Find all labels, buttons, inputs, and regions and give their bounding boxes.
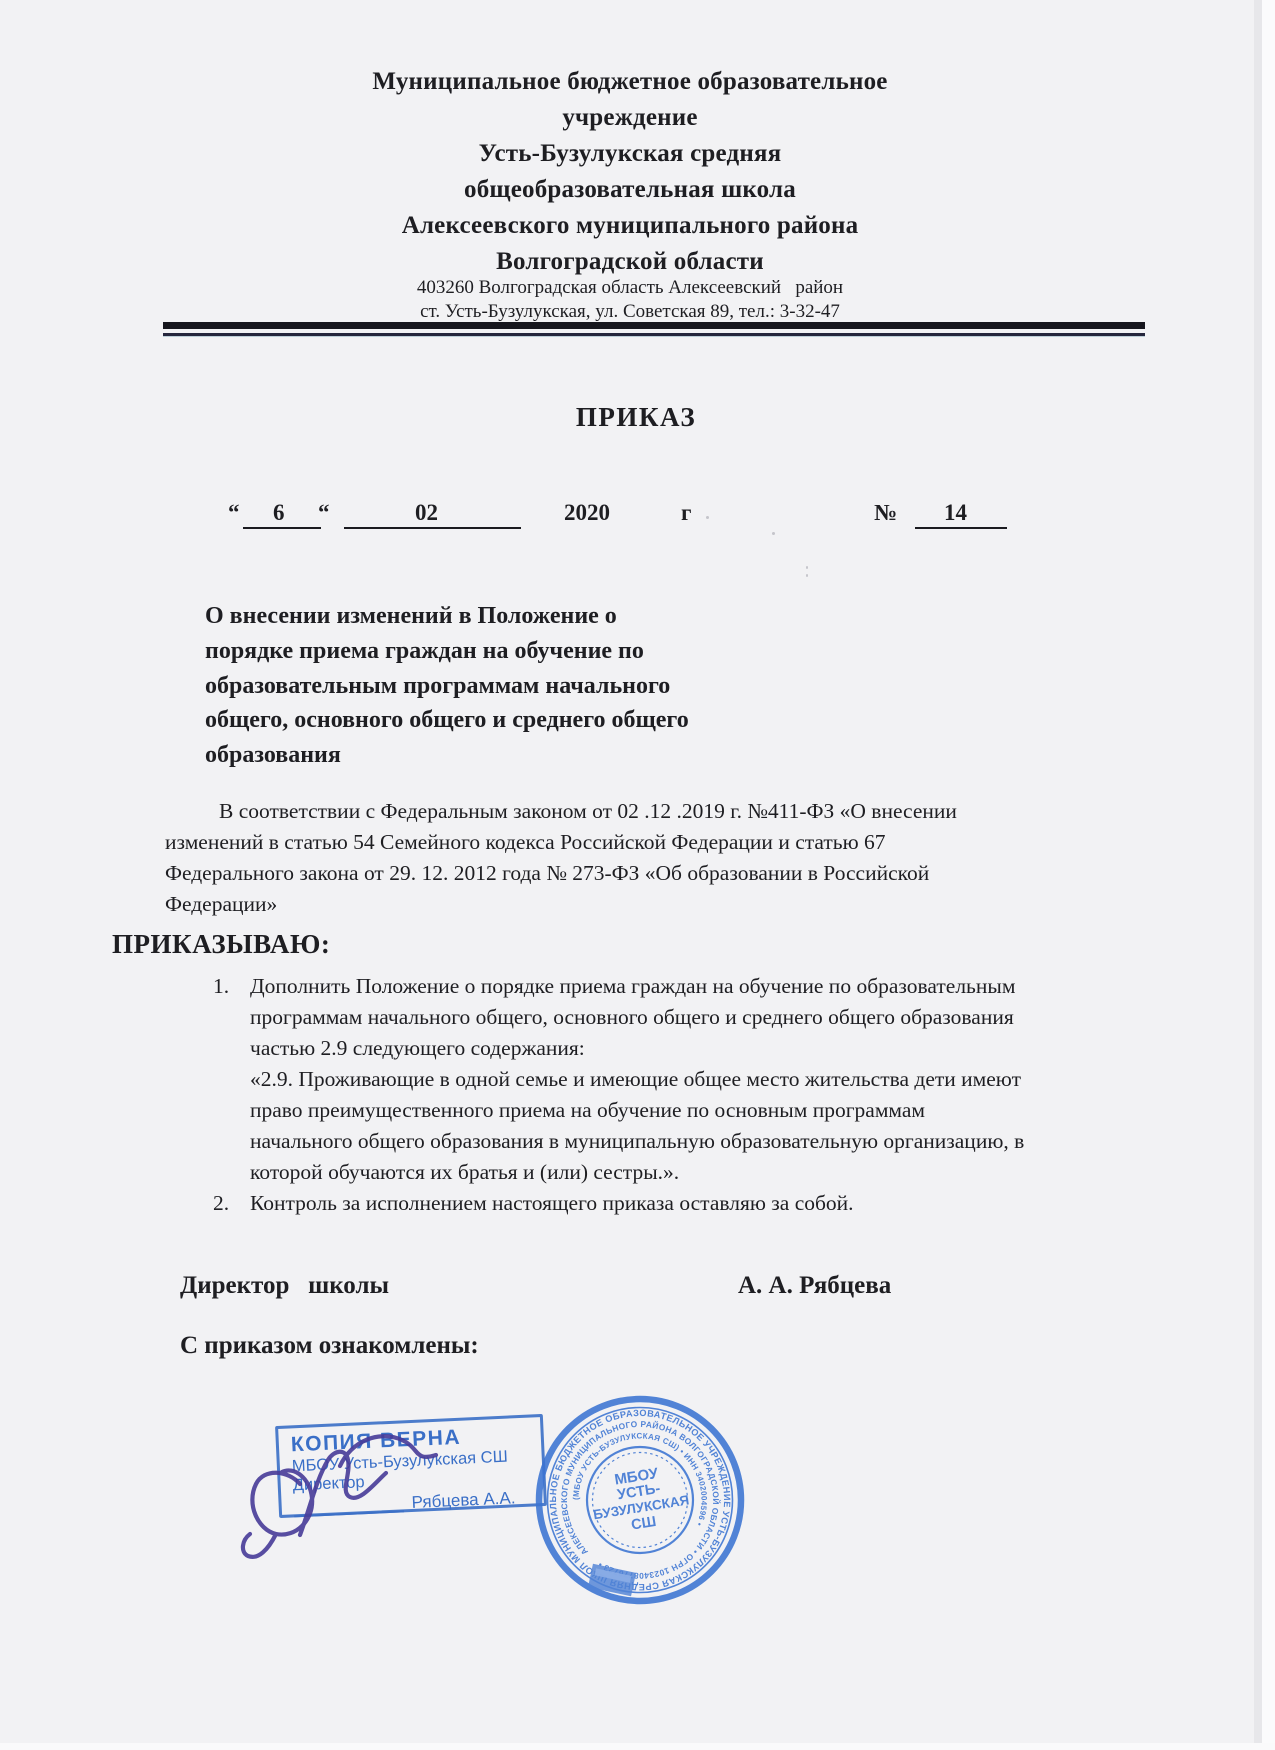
date-quote-open: “ [228, 500, 240, 526]
item-number: 1. [213, 971, 229, 1002]
divider-thick-line [163, 322, 1145, 329]
letterhead-org-name: Муниципальное бюджетное образовательное … [165, 64, 1095, 280]
seal-center-text: МБОУ УСТЬ- БУЗУЛУКСКАЯ СШ [587, 1461, 693, 1539]
item-text: Дополнить Положение о порядке приема гра… [250, 971, 1173, 1188]
scan-edge-right [1262, 0, 1275, 1750]
acknowledgement-label: С приказом ознакомлены: [180, 1332, 479, 1360]
handwritten-signature [230, 1430, 460, 1570]
decree-list: 1. Дополнить Положение о порядке приема … [163, 971, 1173, 1219]
date-month-underline [344, 527, 521, 529]
letterhead-address: 403260 Волгоградская область Алексеевски… [165, 276, 1095, 323]
order-number-sign: № [874, 500, 897, 526]
order-number-underline [915, 527, 1007, 529]
date-year: 2020 [564, 500, 610, 526]
order-number: 14 [944, 500, 967, 526]
date-day-underline [243, 527, 321, 529]
decree-heading: ПРИКАЗЫВАЮ: [112, 929, 330, 960]
list-item: 1. Дополнить Положение о порядке приема … [163, 971, 1173, 1188]
order-title: ПРИКАЗ [171, 402, 1101, 433]
scan-edge-bottom [0, 1743, 1275, 1750]
date-year-suffix: г [681, 500, 691, 526]
order-preamble: В соответствии с Федеральным законом от … [165, 796, 1165, 920]
list-item: 2. Контроль за исполнением настоящего пр… [163, 1188, 1173, 1219]
item-text: Контроль за исполнением настоящего прика… [250, 1188, 1173, 1219]
date-day: 6 [273, 500, 285, 526]
scan-edge-shadow [1254, 0, 1262, 1750]
scan-speck [772, 532, 775, 535]
seal-center-line-4: СШ [630, 1514, 657, 1534]
divider-thin-line [163, 333, 1145, 336]
scan-speck [806, 566, 808, 569]
director-title: Директор школы [180, 1272, 389, 1300]
scan-speck [706, 516, 709, 519]
scanned-order-document: Муниципальное бюджетное образовательное … [0, 0, 1275, 1750]
date-month: 02 [415, 500, 438, 526]
round-seal: МУНИЦИПАЛЬНОЕ БЮДЖЕТНОЕ ОБРАЗОВАТЕЛЬНОЕ … [520, 1380, 760, 1620]
date-quote-close: “ [318, 500, 330, 526]
director-name: А. А. Рябцева [738, 1272, 891, 1300]
item-number: 2. [213, 1188, 229, 1219]
scan-speck [806, 574, 808, 577]
letterhead-divider [163, 322, 1145, 336]
order-subject: О внесении изменений в Положение о поряд… [205, 599, 825, 773]
